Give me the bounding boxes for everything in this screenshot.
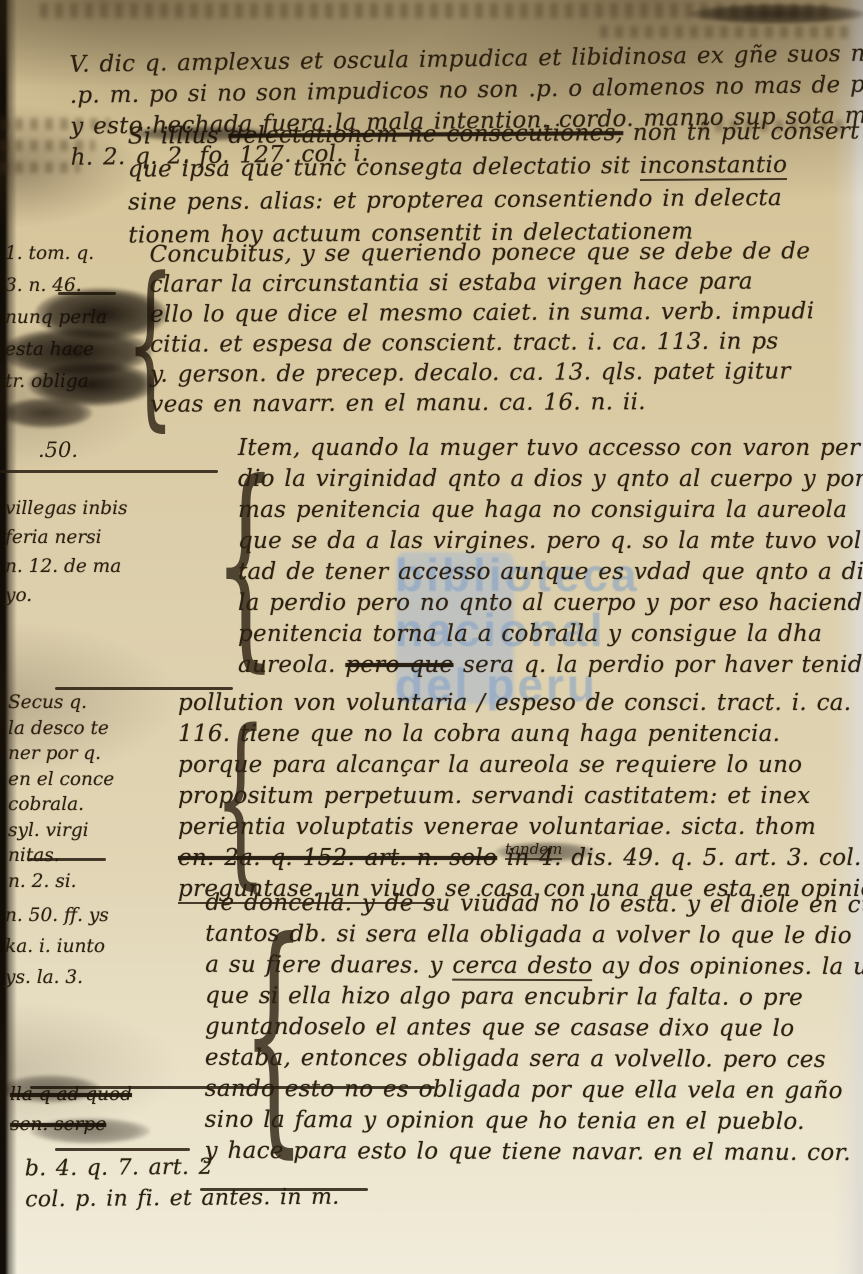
manuscript-line: aureola. pero que sera q. la perdio por …	[238, 650, 863, 681]
paragraph-concubitus: Concubitus, y se queriendo ponece que se…	[150, 236, 815, 419]
manuscript-line: col. p. in fi. et antes. in m.	[25, 1182, 340, 1216]
line-segment: non tñ put consert	[623, 118, 860, 146]
manuscript-line: citia. et espesa de conscient. tract. i.…	[150, 326, 815, 359]
struck-text: delectationem ne consecutiones,	[228, 120, 623, 149]
manuscript-line: que ipsa que tunc consegta delectatio si…	[128, 148, 860, 186]
margin-note-line: 1. tom. q.	[5, 238, 107, 270]
manuscript-line: propositum perpetuum. servandi castitate…	[178, 781, 863, 812]
manuscript-line: que se da a las virgines. pero q. so la …	[238, 526, 863, 557]
line-segment: aureola.	[238, 652, 345, 678]
margin-note-line: n. 2. si.	[8, 869, 114, 895]
manuscript-line: de doncella. y de su viudad no lo esta. …	[205, 888, 863, 921]
manuscript-line: sine pens. alias: et propterea consentie…	[128, 181, 860, 219]
manuscript-line: Item, quando la muger tuvo accesso con v…	[238, 433, 863, 464]
margin-rule	[55, 687, 233, 690]
margin-rule	[0, 470, 218, 473]
underlined-text: cerca desto	[452, 953, 592, 981]
manuscript-line: sando esto no es obligada por que ella v…	[205, 1074, 863, 1107]
manuscript-line: y. gerson. de precep. decalo. ca. 13. ql…	[150, 356, 815, 389]
manuscript-line: porque para alcançar la aureola se requi…	[178, 750, 863, 781]
margin-note-line: cobrala.	[8, 792, 114, 818]
margin-note-citation2: n. 50. ff. ys ka. i. iunto ys. la. 3.	[5, 900, 109, 993]
margin-note-secus: Secus q. la desco te ner por q. en el co…	[8, 690, 114, 894]
margin-note-line: ner por q.	[8, 741, 114, 767]
margin-note-line: la desco te	[8, 716, 114, 742]
ink-smear	[128, 126, 273, 141]
manuscript-line: clarar la circunstantia si estaba virgen…	[150, 266, 815, 299]
margin-note-line: syl. virgi	[8, 818, 114, 844]
margin-note-line: feria nersi	[5, 523, 127, 552]
manuscript-line: tantos db. si sera ella obligada a volve…	[205, 919, 863, 952]
bleedthrough-smudge	[0, 162, 80, 173]
margin-note-line: ka. i. iunto	[5, 931, 109, 962]
ink-smear	[690, 4, 863, 24]
line-segment: sera q. la perdio por haver tenido	[453, 652, 863, 678]
line-segment: a su fiere duares. y	[205, 952, 452, 979]
interlinear-correction: tandem	[505, 840, 562, 860]
manuscript-line: a su fiere duares. y cerca desto ay dos …	[205, 950, 863, 983]
manuscript-page: biblioteca nacional del peru V. dic q. a…	[0, 0, 863, 1274]
closing-citation: b. 4. q. 7. art. 2 col. p. in fi. et ant…	[25, 1151, 340, 1216]
margin-note-line: ys. la. 3.	[5, 962, 109, 993]
manuscript-line: sino la fama y opinion que ho tenia en e…	[205, 1105, 863, 1138]
ink-blot	[30, 1118, 150, 1144]
margin-rule	[28, 858, 106, 861]
margin-note-line: en el conce	[8, 767, 114, 793]
ink-blot	[0, 1075, 100, 1103]
margin-note-line: nitas.	[8, 843, 114, 869]
underline-flourish	[200, 1188, 368, 1191]
manuscript-line: ello lo que dice el mesmo caiet. in suma…	[150, 296, 815, 329]
margin-note-line: Secus q.	[8, 690, 114, 716]
manuscript-line: Concubitus, y se queriendo ponece que se…	[150, 236, 815, 269]
ink-blot	[0, 398, 92, 428]
bleedthrough-smudge	[600, 26, 850, 38]
line-segment: ay dos opiniones. la una	[592, 953, 863, 980]
manuscript-line: la perdio pero no qnto al cuerpo y por e…	[238, 588, 863, 619]
manuscript-line: mas penitencia que haga no consiguira la…	[238, 495, 863, 526]
manuscript-line: estaba, entonces obligada sera a volvell…	[205, 1043, 863, 1076]
margin-note-line: n. 12. de ma	[5, 552, 127, 581]
strike-rule	[55, 1148, 190, 1151]
manuscript-line: guntandoselo el antes que se casase dixo…	[205, 1012, 863, 1045]
paragraph-aureola: pollution von voluntaria / espeso de con…	[178, 688, 863, 905]
manuscript-line: 116. tiene que no la cobra aunq haga pen…	[178, 719, 863, 750]
manuscript-line: tad de tener accesso aunque es vdad que …	[238, 557, 863, 588]
manuscript-line: veas en navarr. en el manu. ca. 16. n. i…	[150, 386, 815, 419]
manuscript-line: b. 4. q. 7. art. 2	[25, 1151, 340, 1185]
margin-note-line: yo.	[5, 581, 127, 610]
struck-text: pero que	[345, 652, 453, 678]
manuscript-line: dio la virginidad qnto a dios y qnto al …	[238, 464, 863, 495]
line-segment: que ipsa que tunc consegta delectatio si…	[128, 153, 640, 183]
manuscript-line: que si ella hizo algo para encubrir la f…	[205, 981, 863, 1014]
paragraph-item-virginidad: Item, quando la muger tuvo accesso con v…	[238, 433, 863, 681]
manuscript-line: pollution von voluntaria / espeso de con…	[178, 688, 863, 719]
manuscript-line: penitencia torna la a cobralla y consigu…	[238, 619, 863, 650]
margin-note-line: villegas inbis	[5, 494, 127, 523]
paragraph-number: .50.	[38, 438, 78, 462]
margin-note-villegas: villegas inbis feria nersi n. 12. de ma …	[5, 494, 127, 610]
struck-citation: en. 2a. q. 152. art. n. solo	[178, 845, 497, 871]
paragraph-viudo: de doncella. y de su viudad no lo esta. …	[205, 888, 863, 1169]
underlined-text: inconstantio	[640, 152, 788, 181]
margin-note-line: n. 50. ff. ys	[5, 900, 109, 931]
manuscript-line: perientia voluptatis venerae voluntariae…	[178, 812, 863, 843]
